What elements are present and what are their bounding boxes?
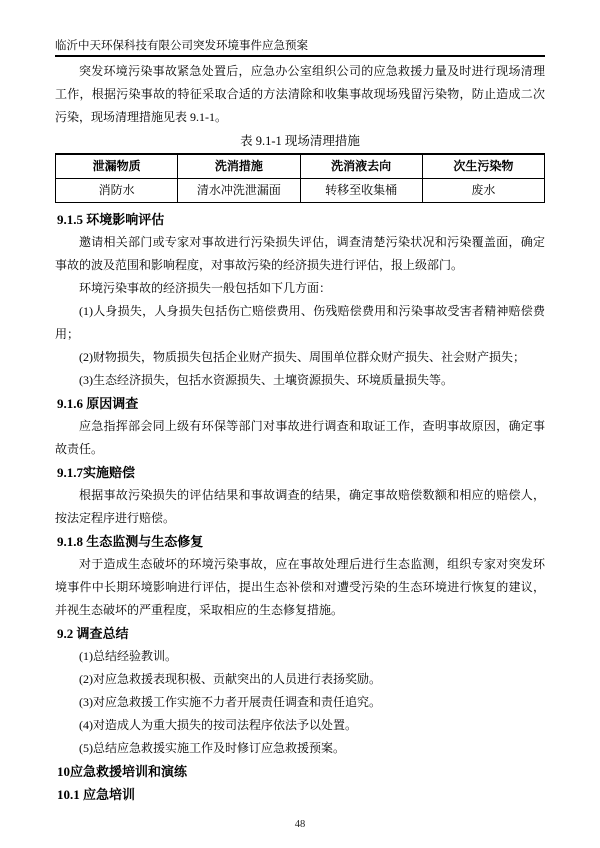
list-item: (5)总结应急救援实施工作及时修订应急救援预案。 bbox=[55, 737, 545, 760]
table-header-row: 泄漏物质 洗消措施 洗消液去向 次生污染物 bbox=[56, 154, 545, 179]
section-paragraph: 对于造成生态破坏的环境污染事故，应在事故处理后进行生态监测，组织专家对突发环境事… bbox=[55, 553, 545, 622]
section-heading-9-1-5: 9.1.5 环境影响评估 bbox=[55, 208, 545, 231]
table-row: 消防水 清水冲洗泄漏面 转移至收集桶 废水 bbox=[56, 179, 545, 203]
list-item: (3)生态经济损失，包括水资源损失、土壤资源损失、环境质量损失等。 bbox=[55, 369, 545, 392]
table-cell: 消防水 bbox=[56, 179, 178, 203]
table-header-cell: 洗消液去向 bbox=[300, 154, 422, 179]
section-heading-9-1-7: 9.1.7实施赔偿 bbox=[55, 461, 545, 484]
table-cell: 转移至收集桶 bbox=[300, 179, 422, 203]
section-paragraph: 应急指挥部会同上级有环保等部门对事故进行调查和取证工作，查明事故原因，确定事故责… bbox=[55, 415, 545, 461]
document-page: 临沂中天环保科技有限公司突发环境事件应急预案 突发环境污染事故紧急处置后，应急办… bbox=[0, 40, 600, 836]
page-content: 突发环境污染事故紧急处置后，应急办公室组织公司的应急救援力量及时进行现场清理工作… bbox=[55, 60, 545, 836]
section-heading-9-2: 9.2 调查总结 bbox=[55, 622, 545, 645]
section-paragraph: 环境污染事故的经济损失一般包括如下几方面： bbox=[55, 277, 545, 300]
chapter-heading-10: 10应急救援培训和演练 bbox=[55, 760, 545, 783]
section-paragraph: 根据事故污染损失的评估结果和事故调查的结果，确定事故赔偿数额和相应的赔偿人，按法… bbox=[55, 484, 545, 530]
table-header-cell: 次生污染物 bbox=[422, 154, 544, 179]
table-cell: 清水冲洗泄漏面 bbox=[178, 179, 300, 203]
list-item: (2)对应急救援表现积极、贡献突出的人员进行表扬奖励。 bbox=[55, 668, 545, 691]
table-cell: 废水 bbox=[422, 179, 544, 203]
cleanup-measures-table: 泄漏物质 洗消措施 洗消液去向 次生污染物 消防水 清水冲洗泄漏面 转移至收集桶… bbox=[55, 153, 545, 203]
page-number: 48 bbox=[55, 813, 545, 836]
page-header: 临沂中天环保科技有限公司突发环境事件应急预案 bbox=[55, 40, 545, 57]
page-header-title: 临沂中天环保科技有限公司突发环境事件应急预案 bbox=[55, 40, 308, 52]
table-title: 表 9.1-1 现场清理措施 bbox=[55, 131, 545, 152]
table-header-cell: 洗消措施 bbox=[178, 154, 300, 179]
list-item: (2)财物损失，物质损失包括企业财产损失、周围单位群众财产损失、社会财产损失； bbox=[55, 346, 545, 369]
section-heading-9-1-8: 9.1.8 生态监测与生态修复 bbox=[55, 530, 545, 553]
section-heading-10-1: 10.1 应急培训 bbox=[55, 783, 545, 806]
list-item: (1)人身损失，人身损失包括伤亡赔偿费用、伤残赔偿费用和污染事故受害者精神赔偿费… bbox=[55, 300, 545, 346]
list-item: (1)总结经验教训。 bbox=[55, 645, 545, 668]
section-paragraph: 邀请相关部门或专家对事故进行污染损失评估，调查清楚污染状况和污染覆盖面，确定事故… bbox=[55, 231, 545, 277]
list-item: (3)对应急救援工作实施不力者开展责任调查和责任追究。 bbox=[55, 691, 545, 714]
list-item: (4)对造成人为重大损失的按司法程序依法予以处置。 bbox=[55, 714, 545, 737]
table-header-cell: 泄漏物质 bbox=[56, 154, 178, 179]
section-heading-9-1-6: 9.1.6 原因调查 bbox=[55, 392, 545, 415]
intro-paragraph: 突发环境污染事故紧急处置后，应急办公室组织公司的应急救援力量及时进行现场清理工作… bbox=[55, 60, 545, 129]
